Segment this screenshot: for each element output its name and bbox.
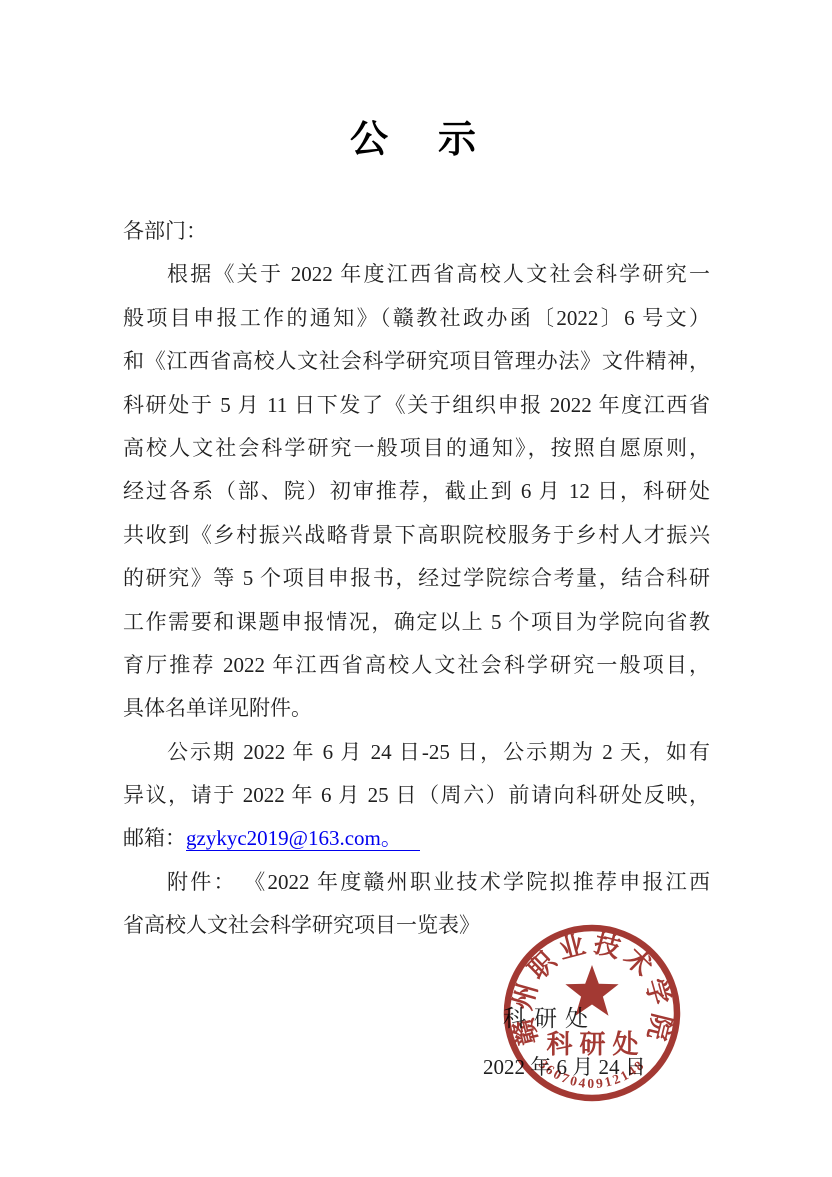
body-line: 的研究》等 5 个项目申报书，经过学院综合考量，结合科研: [123, 557, 710, 600]
body-line: 经过各系（部、院）初审推荐，截止到 6 月 12 日，科研处: [123, 470, 710, 513]
body-line: 工作需要和课题申报情况，确定以上 5 个项目为学院向省教: [123, 601, 710, 644]
page-title: 公 示: [0, 108, 832, 163]
body-line: 共收到《乡村振兴战略背景下高职院校服务于乡村人才振兴: [123, 514, 710, 557]
email-label: 邮箱：: [123, 826, 186, 850]
document-body: 各部门： 根据《关于 2022 年度江西省高校人文社会科学研究一 般项目申报工作…: [123, 210, 710, 948]
official-seal: 赣州职业技术学院 科研处 3607040912148: [500, 921, 684, 1105]
email-line: 邮箱：gzykyc2019@163.com。: [123, 817, 710, 860]
body-line: 根据《关于 2022 年度江西省高校人文社会科学研究一: [123, 253, 710, 296]
body-line: 公示期 2022 年 6 月 24 日-25 日，公示期为 2 天，如有: [123, 731, 710, 774]
salutation-line: 各部门：: [123, 210, 710, 253]
seal-star-icon: [565, 965, 618, 1016]
body-line: 高校人文社会科学研究一般项目的通知》，按照自愿原则，: [123, 427, 710, 470]
body-line: 科研处于 5 月 11 日下发了《关于组织申报 2022 年度江西省: [123, 384, 710, 427]
body-line: 异议，请于 2022 年 6 月 25 日（周六）前请向科研处反映，: [123, 774, 710, 817]
body-line: 育厅推荐 2022 年江西省高校人文社会科学研究一般项目，: [123, 644, 710, 687]
body-line: 般项目申报工作的通知》（赣教社政办函〔2022〕6 号文）: [123, 297, 710, 340]
seal-department: 科研处: [546, 1030, 645, 1059]
body-line: 具体名单详见附件。: [123, 687, 710, 730]
email-link[interactable]: gzykyc2019@163.com。: [186, 826, 420, 851]
body-line: 和《江西省高校人文社会科学研究项目管理办法》文件精神，: [123, 340, 710, 383]
attachment-line: 附件： 《2022 年度赣州职业技术学院拟推荐申报江西: [123, 861, 710, 904]
